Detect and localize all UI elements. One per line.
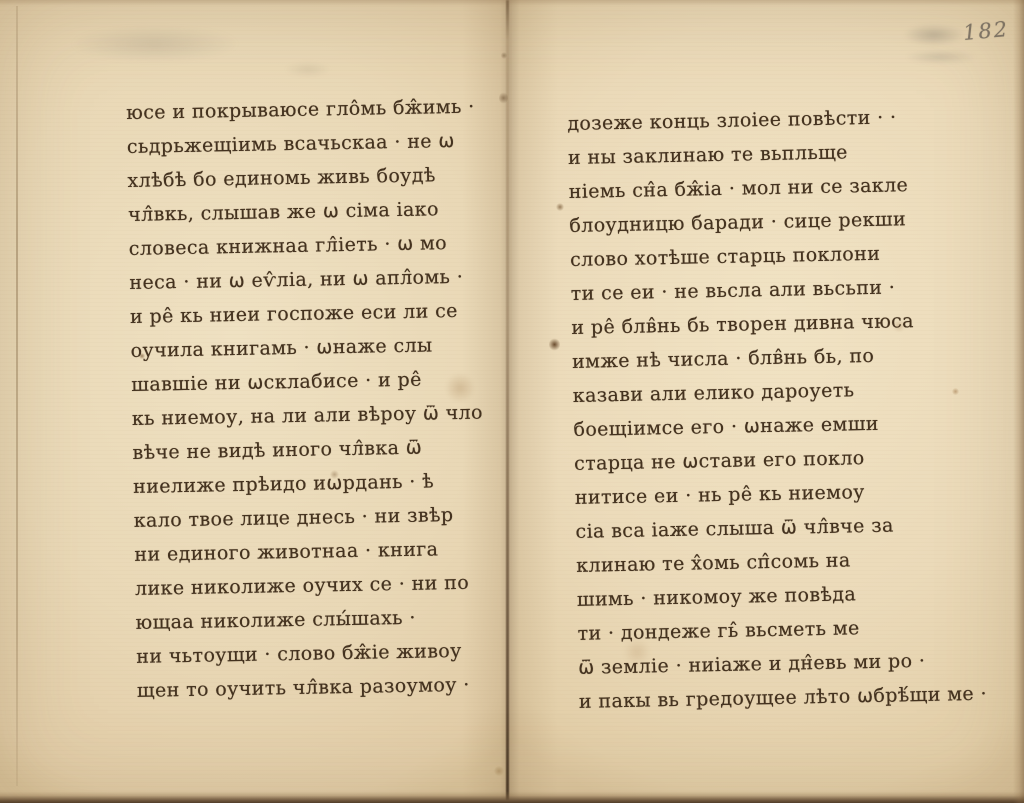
manuscript-line: щен то оучить чл̂вка разоумоу · (137, 667, 489, 707)
manuscript-line: кь ниемоу, на ли али вѣроу ѿ чло (132, 396, 484, 436)
folio-page-number: 182 (962, 17, 1010, 45)
gutter-crease-line (506, 0, 509, 803)
book-right-edge (1013, 0, 1024, 803)
right-page-text: дозеже конць злоіее повѣсти · · и ны зак… (567, 99, 987, 719)
book-bottom-edge (0, 791, 1024, 803)
left-page-text: юсе и покрываюсе гло̂мь бж̂имь · сьдрьже… (126, 90, 488, 708)
manuscript-photo: 182 юсе и покрываюсе гло̂мь бж̂имь · сьд… (0, 0, 1024, 803)
manuscript-line: лике николиже оучих се · ни по (135, 565, 487, 605)
book-top-edge (0, 0, 1024, 6)
manuscript-line: оучила книгамь · ѡнаже слы (130, 328, 482, 368)
left-page-edge-line (16, 6, 18, 786)
